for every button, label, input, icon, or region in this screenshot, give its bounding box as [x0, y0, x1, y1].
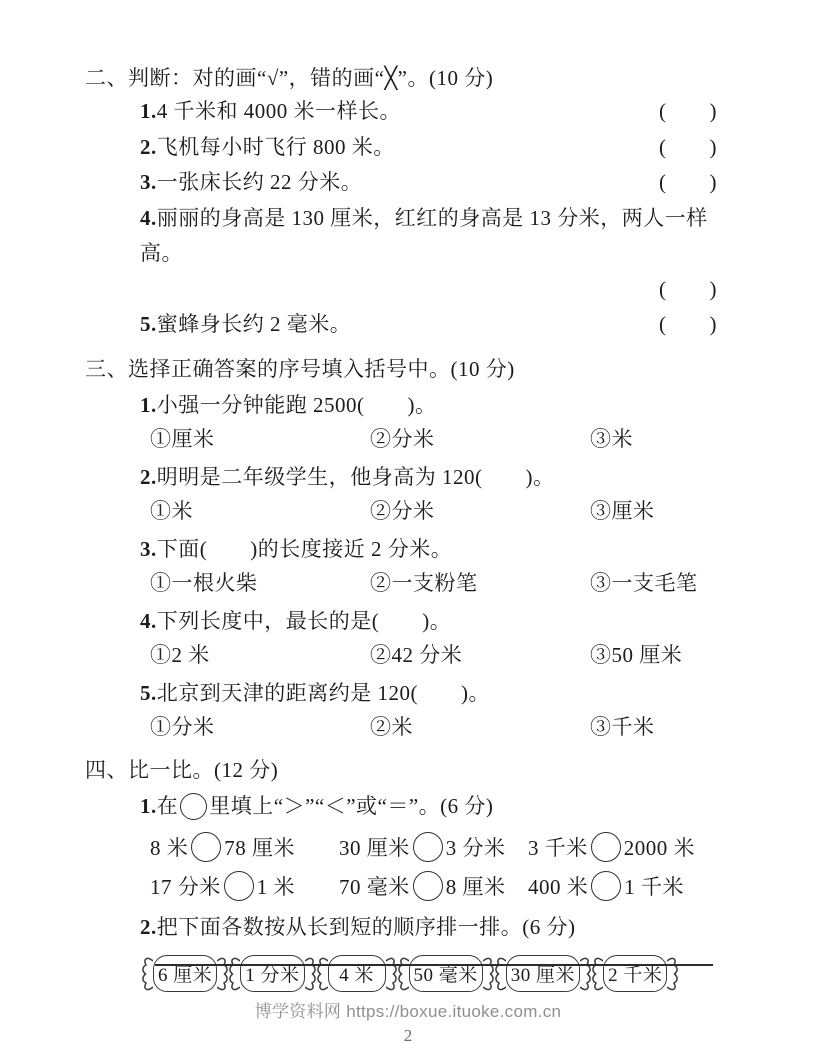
- judge-item-text: 3.一张床长约 22 分米。: [140, 165, 362, 201]
- candy-wrapper-left-icon: [142, 954, 153, 994]
- option-row: ①厘米 ②分米 ③米: [85, 422, 717, 456]
- judge-item: 4.丽丽的身高是 130 厘米，红红的身高是 13 分米，两人一样高。 ( ): [140, 201, 717, 308]
- candy-wrapper-right-icon: [305, 954, 316, 994]
- fill-circle: [591, 871, 621, 901]
- compare-cell: 17 分米1 米: [150, 871, 339, 901]
- choice-question: 3.下面( )的长度接近 2 分米。 ①一根火柴 ②一支粉笔 ③一支毛笔: [85, 532, 717, 600]
- choice-question: 4.下列长度中，最长的是( )。 ①2 米 ②42 分米 ③50 厘米: [85, 604, 717, 672]
- option-3: ③千米: [590, 710, 655, 744]
- option-row: ①米 ②分米 ③厘米: [85, 494, 717, 528]
- candy-wrapper-right-icon: [386, 954, 397, 994]
- option-2: ②米: [370, 710, 590, 744]
- compare-cell: 400 米1 千米: [528, 871, 717, 901]
- option-1: ①2 米: [150, 638, 370, 672]
- answer-blank: ( ): [659, 307, 717, 343]
- item-number: 5.: [140, 312, 157, 336]
- candy-label: 30 厘米: [506, 955, 580, 992]
- compare-cell: 3 千米2000 米: [528, 832, 717, 862]
- compare-row: 8 米78 厘米 30 厘米3 分米 3 千米2000 米: [85, 832, 717, 862]
- fill-circle: [180, 793, 207, 820]
- judge-item-text: 4.丽丽的身高是 130 厘米，红红的身高是 13 分米，两人一样高。: [140, 201, 717, 272]
- judge-item: 3.一张床长约 22 分米。 ( ): [140, 165, 717, 201]
- option-3: ③一支毛笔: [590, 566, 698, 600]
- footer-divider: [155, 964, 713, 966]
- candy-shape: 30 厘米: [495, 954, 591, 994]
- compare-cell: 8 米78 厘米: [150, 832, 339, 862]
- section-judge: 二、判断：对的画“√”，错的画“╳”。(10 分) 1.4 千米和 4000 米…: [85, 62, 717, 343]
- question-text: 2.明明是二年级学生，他身高为 120( )。: [85, 460, 717, 494]
- fill-circle: [224, 871, 254, 901]
- candy-wrapper-right-icon: [580, 954, 591, 994]
- candy-label: 50 毫米: [409, 955, 483, 992]
- option-2: ②分米: [370, 494, 590, 528]
- candy-shape: 4 米: [317, 954, 397, 994]
- candy-wrapper-left-icon: [229, 954, 240, 994]
- item-number: 2.: [140, 135, 157, 159]
- worksheet-page: 二、判断：对的画“√”，错的画“╳”。(10 分) 1.4 千米和 4000 米…: [0, 0, 816, 1056]
- option-3: ③米: [590, 422, 633, 456]
- option-2: ②42 分米: [370, 638, 590, 672]
- candy-wrapper-left-icon: [495, 954, 506, 994]
- candy-wrapper-left-icon: [398, 954, 409, 994]
- candy-label: 1 分米: [240, 955, 304, 992]
- question-text: 3.下面( )的长度接近 2 分米。: [85, 532, 717, 566]
- judge-item-text: 1.4 千米和 4000 米一样长。: [140, 94, 401, 130]
- choice-question: 2.明明是二年级学生，他身高为 120( )。 ①米 ②分米 ③厘米: [85, 460, 717, 528]
- candy-shape: 2 千米: [592, 954, 678, 994]
- candy-label: 2 千米: [603, 955, 667, 992]
- candy-shape: 6 厘米: [142, 954, 228, 994]
- candy-row: 6 厘米 1 分米 4 米 50 毫米: [85, 954, 717, 994]
- judge-item: 5.蜜蜂身长约 2 毫米。 ( ): [140, 307, 717, 343]
- question-text: 1.小强一分钟能跑 2500( )。: [85, 388, 717, 422]
- judge-item-text: 5.蜜蜂身长约 2 毫米。: [140, 307, 351, 343]
- option-3: ③厘米: [590, 494, 655, 528]
- candy-wrapper-right-icon: [667, 954, 678, 994]
- fill-circle: [413, 871, 443, 901]
- section-judge-heading: 二、判断：对的画“√”，错的画“╳”。(10 分): [85, 62, 717, 94]
- item-number: 3.: [140, 170, 157, 194]
- fill-circle: [413, 832, 443, 862]
- item-number: 5.: [140, 681, 157, 705]
- candy-wrapper-left-icon: [592, 954, 603, 994]
- compare-q2: 2.把下面各数按从长到短的顺序排一排。(6 分): [85, 910, 717, 944]
- choice-question: 1.小强一分钟能跑 2500( )。 ①厘米 ②分米 ③米: [85, 388, 717, 456]
- item-number: 3.: [140, 537, 157, 561]
- option-1: ①厘米: [150, 422, 370, 456]
- item-number: 2.: [140, 465, 157, 489]
- candy-label: 4 米: [328, 955, 386, 992]
- option-row: ①2 米 ②42 分米 ③50 厘米: [85, 638, 717, 672]
- item-number: 1.: [140, 393, 157, 417]
- compare-cell: 30 厘米3 分米: [339, 832, 528, 862]
- judge-list: 1.4 千米和 4000 米一样长。 ( ) 2.飞机每小时飞行 800 米。 …: [85, 94, 717, 343]
- item-number: 1.: [140, 794, 157, 818]
- candy-wrapper-left-icon: [317, 954, 328, 994]
- item-number: 4.: [140, 206, 157, 230]
- section-choice: 三、选择正确答案的序号填入括号中。(10 分) 1.小强一分钟能跑 2500( …: [85, 353, 717, 744]
- section-compare: 四、比一比。(12 分) 1.在里填上“＞”“＜”或“＝”。(6 分) 8 米7…: [85, 754, 717, 994]
- option-1: ①分米: [150, 710, 370, 744]
- option-3: ③50 厘米: [590, 638, 682, 672]
- judge-item: 2.飞机每小时飞行 800 米。 ( ): [140, 130, 717, 166]
- choice-question: 5.北京到天津的距离约是 120( )。 ①分米 ②米 ③千米: [85, 676, 717, 744]
- candy-shape: 50 毫米: [398, 954, 494, 994]
- candy-wrapper-right-icon: [217, 954, 228, 994]
- compare-row: 17 分米1 米 70 毫米8 厘米 400 米1 千米: [85, 871, 717, 901]
- option-row: ①一根火柴 ②一支粉笔 ③一支毛笔: [85, 566, 717, 600]
- option-1: ①米: [150, 494, 370, 528]
- page-number: 2: [0, 1026, 816, 1046]
- judge-item: 1.4 千米和 4000 米一样长。 ( ): [140, 94, 717, 130]
- item-number: 2.: [140, 915, 157, 939]
- question-text: 5.北京到天津的距离约是 120( )。: [85, 676, 717, 710]
- item-number: 4.: [140, 609, 157, 633]
- option-row: ①分米 ②米 ③千米: [85, 710, 717, 744]
- fill-circle: [191, 832, 221, 862]
- section-choice-heading: 三、选择正确答案的序号填入括号中。(10 分): [85, 353, 717, 385]
- section-compare-heading: 四、比一比。(12 分): [85, 754, 717, 786]
- answer-blank: ( ): [659, 94, 717, 130]
- compare-q1: 1.在里填上“＞”“＜”或“＝”。(6 分): [85, 789, 717, 823]
- fill-circle: [591, 832, 621, 862]
- compare-cell: 70 毫米8 厘米: [339, 871, 528, 901]
- candy-label: 6 厘米: [153, 955, 217, 992]
- candy-shape: 1 分米: [229, 954, 315, 994]
- candy-wrapper-right-icon: [483, 954, 494, 994]
- worksheet-content: 二、判断：对的画“√”，错的画“╳”。(10 分) 1.4 千米和 4000 米…: [85, 62, 717, 994]
- option-2: ②分米: [370, 422, 590, 456]
- question-text: 4.下列长度中，最长的是( )。: [85, 604, 717, 638]
- option-1: ①一根火柴: [150, 566, 370, 600]
- option-2: ②一支粉笔: [370, 566, 590, 600]
- judge-item-text: 2.飞机每小时飞行 800 米。: [140, 130, 395, 166]
- footer-site-text: 博学资料网 https://boxue.ituoke.com.cn: [0, 997, 816, 1022]
- item-number: 1.: [140, 99, 157, 123]
- answer-blank: ( ): [140, 272, 717, 308]
- answer-blank: ( ): [659, 130, 717, 166]
- answer-blank: ( ): [659, 165, 717, 201]
